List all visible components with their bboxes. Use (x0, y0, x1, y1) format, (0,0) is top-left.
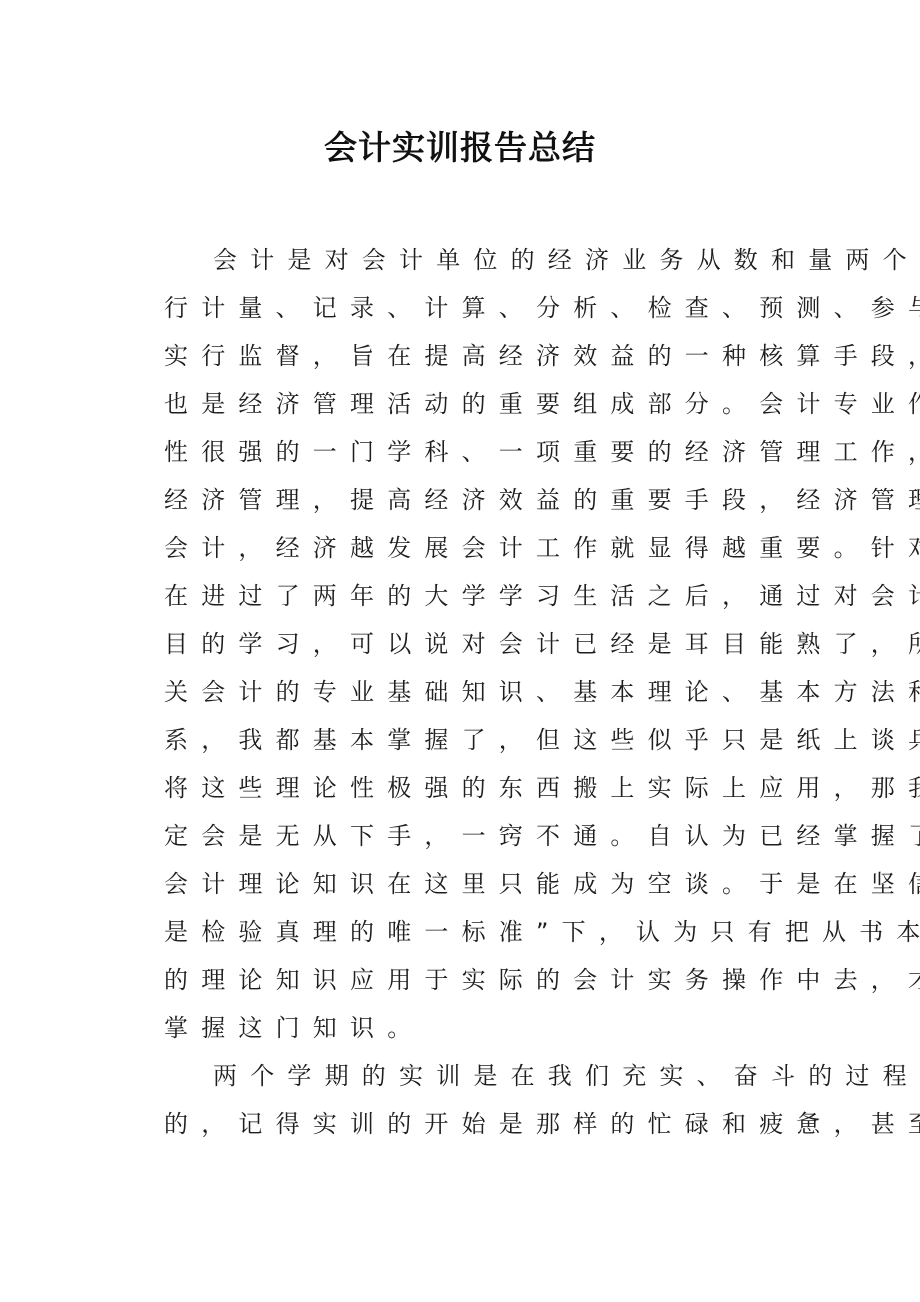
paragraph-2: 两个学期的实训是在我们充实、奋斗的过程中完成 的，记得实训的开始是那样的忙碌和疲… (164, 1052, 764, 1148)
text-line: 的理论知识应用于实际的会计实务操作中去，才能真正 (164, 956, 764, 1004)
paragraph-1: 会计是对会计单位的经济业务从数和量两个方面进 行计量、记录、计算、分析、检查、预… (164, 236, 764, 1052)
text-line: 系，我都基本掌握了，但这些似乎只是纸上谈兵，倘若 (164, 716, 764, 764)
text-line: 目的学习，可以说对会计已经是耳目能熟了，所有的有 (164, 620, 764, 668)
text-line: 实行监督，旨在提高经济效益的一种核算手段，它本身 (164, 332, 764, 380)
text-line: 关会计的专业基础知识、基本理论、基本方法和结构体 (164, 668, 764, 716)
text-line: 会计理论知识在这里只能成为空谈。于是在坚信“实践 (164, 860, 764, 908)
text-line: 经济管理，提高经济效益的重要手段，经济管理离不开 (164, 476, 764, 524)
text-line: 两个学期的实训是在我们充实、奋斗的过程中完成 (164, 1052, 764, 1100)
document-page: 会计实训报告总结 会计是对会计单位的经济业务从数和量两个方面进 行计量、记录、计… (0, 0, 920, 1302)
text-line: 性很强的一门学科、一项重要的经济管理工作，是加强 (164, 428, 764, 476)
text-line: 定会是无从下手，一窍不通。自认为已经掌握了一定的 (164, 812, 764, 860)
text-line: 是检验真理的唯一标准”下，认为只有把从书本上学到 (164, 908, 764, 956)
document-title: 会计实训报告总结 (0, 124, 920, 172)
text-line: 会计是对会计单位的经济业务从数和量两个方面进 (164, 236, 764, 284)
text-line: 掌握这门知识。 (164, 1004, 764, 1052)
text-line: 也是经济管理活动的重要组成部分。会计专业作为应用 (164, 380, 764, 428)
text-line: 会计，经济越发展会计工作就显得越重要。针对于此， (164, 524, 764, 572)
text-line: 行计量、记录、计算、分析、检查、预测、参与决策、 (164, 284, 764, 332)
document-body: 会计是对会计单位的经济业务从数和量两个方面进 行计量、记录、计算、分析、检查、预… (164, 236, 764, 1148)
text-line: 在进过了两年的大学学习生活之后，通过对会计学等科 (164, 572, 764, 620)
text-line: 将这些理论性极强的东西搬上实际上应用，那我想我肯 (164, 764, 764, 812)
text-line: 的，记得实训的开始是那样的忙碌和疲惫，甚至是不知 (164, 1100, 764, 1148)
